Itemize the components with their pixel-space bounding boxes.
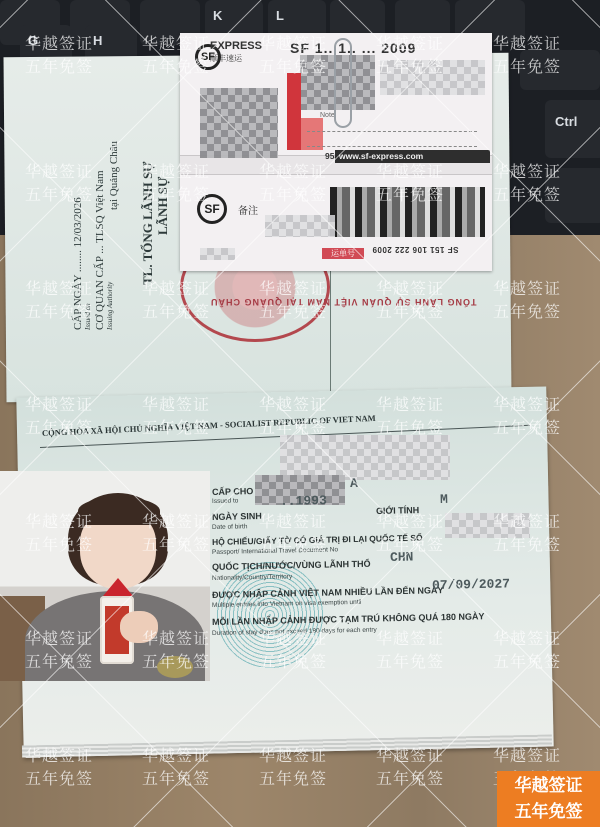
authority-location: tại Quảng Châu	[108, 141, 120, 210]
signature-subtitle: LÃNH SỰ	[155, 177, 171, 235]
badge-line-2: 五年免签	[497, 799, 600, 825]
paper-clip	[334, 38, 352, 128]
page-fold	[330, 255, 331, 395]
issue-date-line: CẤP NGÀY ........ 12/03/2026	[72, 197, 84, 330]
waybill-badge: 运单号	[322, 248, 364, 259]
redacted-block	[265, 215, 335, 237]
authority-line: CƠ QUAN CẤP ... TLSQ Việt Nam	[94, 170, 106, 330]
dob-value: ..1993	[280, 493, 327, 509]
note-label: Note	[320, 112, 335, 119]
badge-line-1: 华越签证	[497, 773, 600, 799]
issue-date-label-en: Issued on	[84, 303, 92, 330]
label-red-tab	[287, 73, 301, 150]
nationality-value: CHN	[390, 550, 414, 565]
redacted-block	[200, 248, 235, 260]
brand-name: EXPRESS	[210, 40, 262, 52]
tracking-number-bottom: SF 151 106 222 2009	[372, 245, 458, 254]
issued-to-label: CẤP CHO	[212, 486, 254, 497]
brand-name-cn: 顺丰速运	[210, 53, 242, 64]
sex-label: GIỚI TÍNH	[376, 505, 419, 516]
authority-label-en: Issuing Authority	[106, 282, 114, 330]
keyboard-key	[545, 168, 600, 223]
issued-to-label-en: Issued to	[212, 497, 239, 505]
sex-value: M	[440, 492, 448, 507]
brand-corner-badge: 华越签证 五年免签	[497, 771, 600, 827]
tracking-number-top: SF 1.. 1.. ... 2009	[290, 40, 416, 56]
dob-label: NGÀY SINH	[212, 511, 262, 522]
name-suffix: A	[350, 476, 358, 491]
signature-title: TL. TỔNG LÃNH SỰ	[140, 161, 156, 285]
barcode	[330, 187, 485, 237]
redacted-block	[380, 60, 485, 95]
dob-label-en: Date of birth	[212, 523, 248, 531]
keyboard-key-ctrl: Ctrl	[545, 100, 600, 158]
stamp-text: TỔNG LÃNH SỰ QUÁN VIỆT NAM TẠI QUẢNG CHÂ…	[210, 297, 476, 307]
entry-until-date: 07/09/2027	[432, 576, 510, 593]
sf-logo-icon: SF	[197, 194, 227, 224]
keyboard-key	[520, 50, 600, 90]
redacted-qr-code	[200, 88, 278, 158]
note-label-cn: 备注	[238, 202, 258, 217]
website-bar: www.sf-express.com	[335, 150, 490, 163]
dotted-line	[307, 146, 477, 147]
photo-scene: K L G H Ctrl CẤP NGÀY ........ 12/03/202…	[0, 0, 600, 827]
redacted-passport-number	[445, 513, 530, 538]
redacted-name	[280, 435, 450, 480]
child-photo	[0, 471, 210, 681]
dotted-line	[307, 131, 477, 132]
